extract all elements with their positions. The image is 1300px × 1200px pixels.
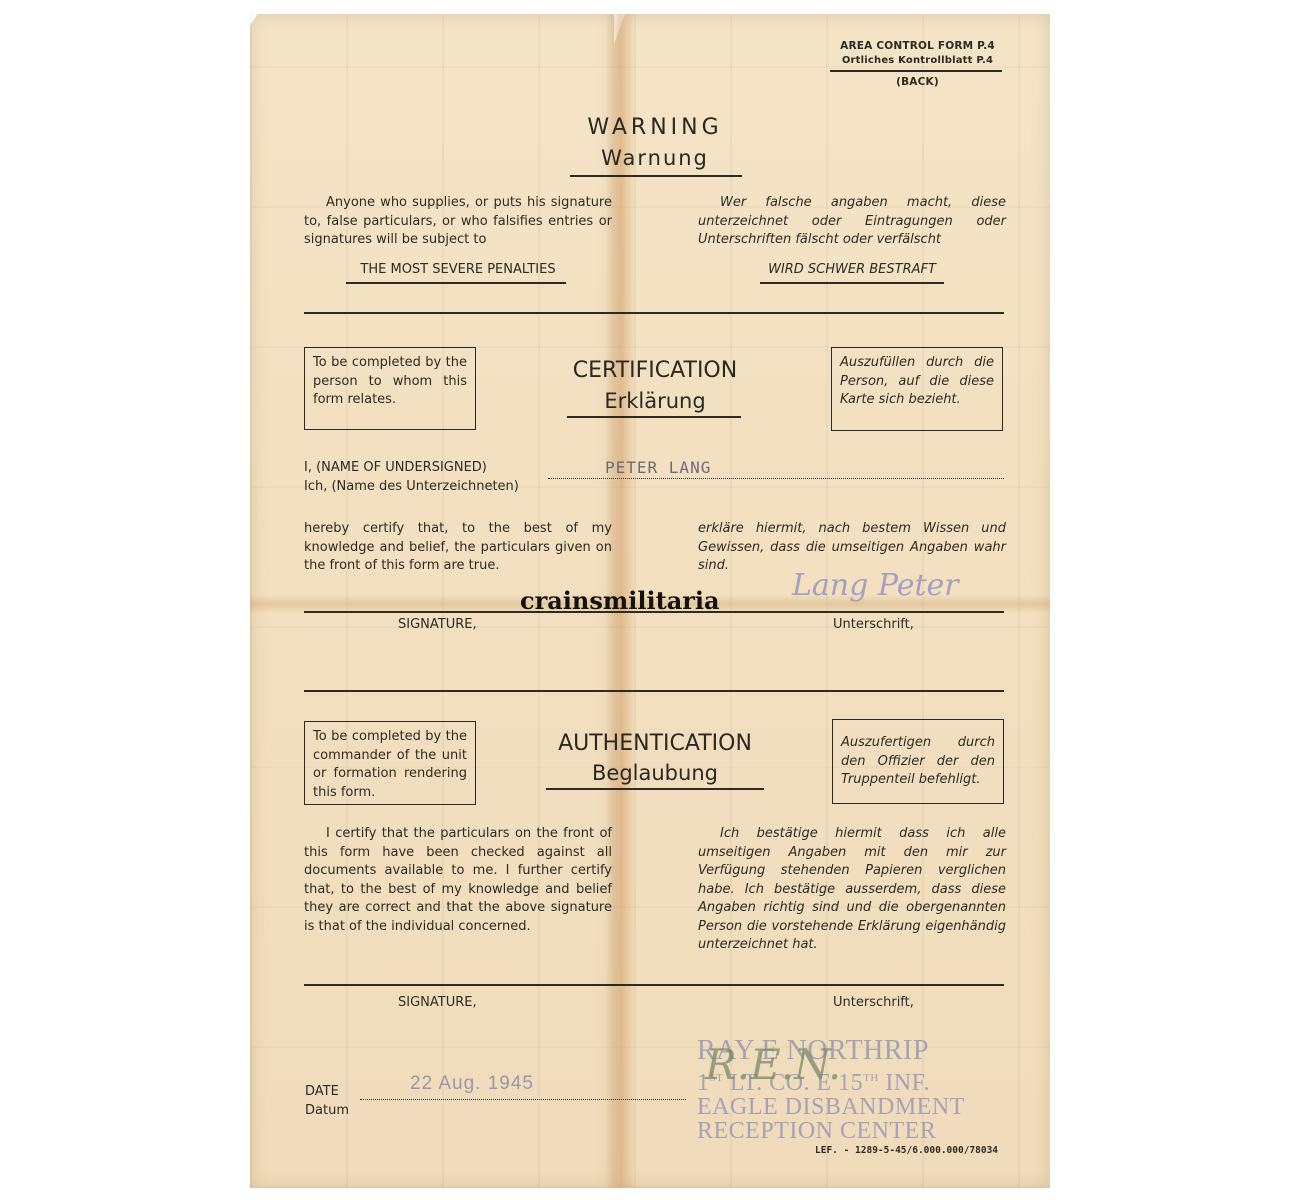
- certification-box-en-text: To be completed by the person to whom th…: [313, 355, 467, 407]
- warning-text-de: Wer falsche angaben macht, diese unterze…: [698, 194, 1006, 250]
- authenticate-text-de: Ich bestätige hiermit dass ich alle umse…: [698, 825, 1006, 955]
- signature-label-en-1: SIGNATURE,: [398, 615, 477, 634]
- warning-text-en: Anyone who supplies, or puts his signatu…: [304, 194, 612, 250]
- certification-box-de: Auszufüllen durch die Person, auf die di…: [831, 347, 1003, 431]
- penalty-en-underline: [346, 282, 566, 284]
- form-title-de: Ortliches Kontrollblatt P.4: [830, 55, 1005, 66]
- print-reference: LEF. - 1289-5-45/6.000.000/78034: [815, 1145, 998, 1156]
- form-title: AREA CONTROL FORM P.4: [830, 40, 1005, 52]
- name-value[interactable]: PETER LANG: [605, 458, 711, 477]
- warning-text-en-body: Anyone who supplies, or puts his signatu…: [304, 195, 612, 247]
- warning-title: WARNING: [540, 115, 770, 140]
- signature-line-2[interactable]: [304, 984, 1004, 986]
- certification-title-de: Erklärung: [530, 389, 780, 413]
- certification-title-underline: [567, 416, 741, 418]
- header-rule: [830, 70, 1002, 72]
- person-signature: Lang Peter: [792, 568, 959, 603]
- certify-text-en: hereby certify that, to the best of my k…: [304, 520, 612, 576]
- stamp-line-3: EAGLE DISBANDMENT: [697, 1095, 967, 1119]
- authentication-title: AUTHENTICATION: [520, 731, 790, 756]
- date-label-de: Datum: [305, 1101, 349, 1120]
- warning-penalty-en: THE MOST SEVERE PENALTIES: [304, 262, 612, 277]
- name-field-line[interactable]: [548, 478, 1004, 479]
- officer-signature: R.E.N.: [705, 1040, 841, 1089]
- watermark: crainsmilitaria: [520, 586, 720, 615]
- stamp-line-2-post: INF.: [879, 1070, 930, 1096]
- authenticate-text-en: I certify that the particulars on the fr…: [304, 825, 612, 936]
- date-label-en: DATE: [305, 1082, 339, 1101]
- authentication-box-de: Auszufertigen durch den Offizier der den…: [832, 719, 1004, 804]
- name-label-de: Ich, (Name des Unterzeichneten): [304, 477, 519, 496]
- name-label-en: I, (NAME OF UNDERSIGNED): [304, 458, 487, 477]
- certification-title: CERTIFICATION: [530, 358, 780, 383]
- stamp-line-4: RECEPTION CENTER: [697, 1119, 967, 1143]
- certification-box-en: To be completed by the person to whom th…: [304, 347, 476, 430]
- penalty-de-underline: [760, 282, 944, 284]
- section-divider-1: [304, 312, 1004, 314]
- authentication-title-de: Beglaubung: [520, 761, 790, 785]
- date-value[interactable]: 22 Aug. 1945: [410, 1073, 534, 1095]
- authentication-box-en-text: To be completed by the commander of the …: [313, 729, 467, 800]
- date-field-line[interactable]: [360, 1099, 686, 1100]
- authenticate-text-de-body: Ich bestätige hiermit dass ich alle umse…: [698, 826, 1006, 952]
- warning-penalty-de: WIRD SCHWER BESTRAFT: [698, 262, 1006, 277]
- warning-title-de: Warnung: [540, 146, 770, 170]
- authenticate-text-en-body: I certify that the particulars on the fr…: [304, 826, 612, 934]
- form-side: (BACK): [830, 76, 1005, 88]
- signature-label-de-1: Unterschrift,: [833, 615, 914, 634]
- signature-label-de-2: Unterschrift,: [833, 993, 914, 1012]
- section-divider-2: [304, 690, 1004, 692]
- warning-title-underline: [570, 175, 742, 177]
- signature-label-en-2: SIGNATURE,: [398, 993, 477, 1012]
- authentication-box-en: To be completed by the commander of the …: [304, 721, 476, 805]
- authentication-box-de-text: Auszufertigen durch den Offizier der den…: [841, 735, 995, 787]
- warning-text-de-body: Wer falsche angaben macht, diese unterze…: [698, 195, 1006, 247]
- authentication-title-underline: [546, 788, 764, 790]
- certification-box-de-text: Auszufüllen durch die Person, auf die di…: [840, 355, 994, 407]
- stamp-line-2-sup2: TH: [863, 1072, 879, 1084]
